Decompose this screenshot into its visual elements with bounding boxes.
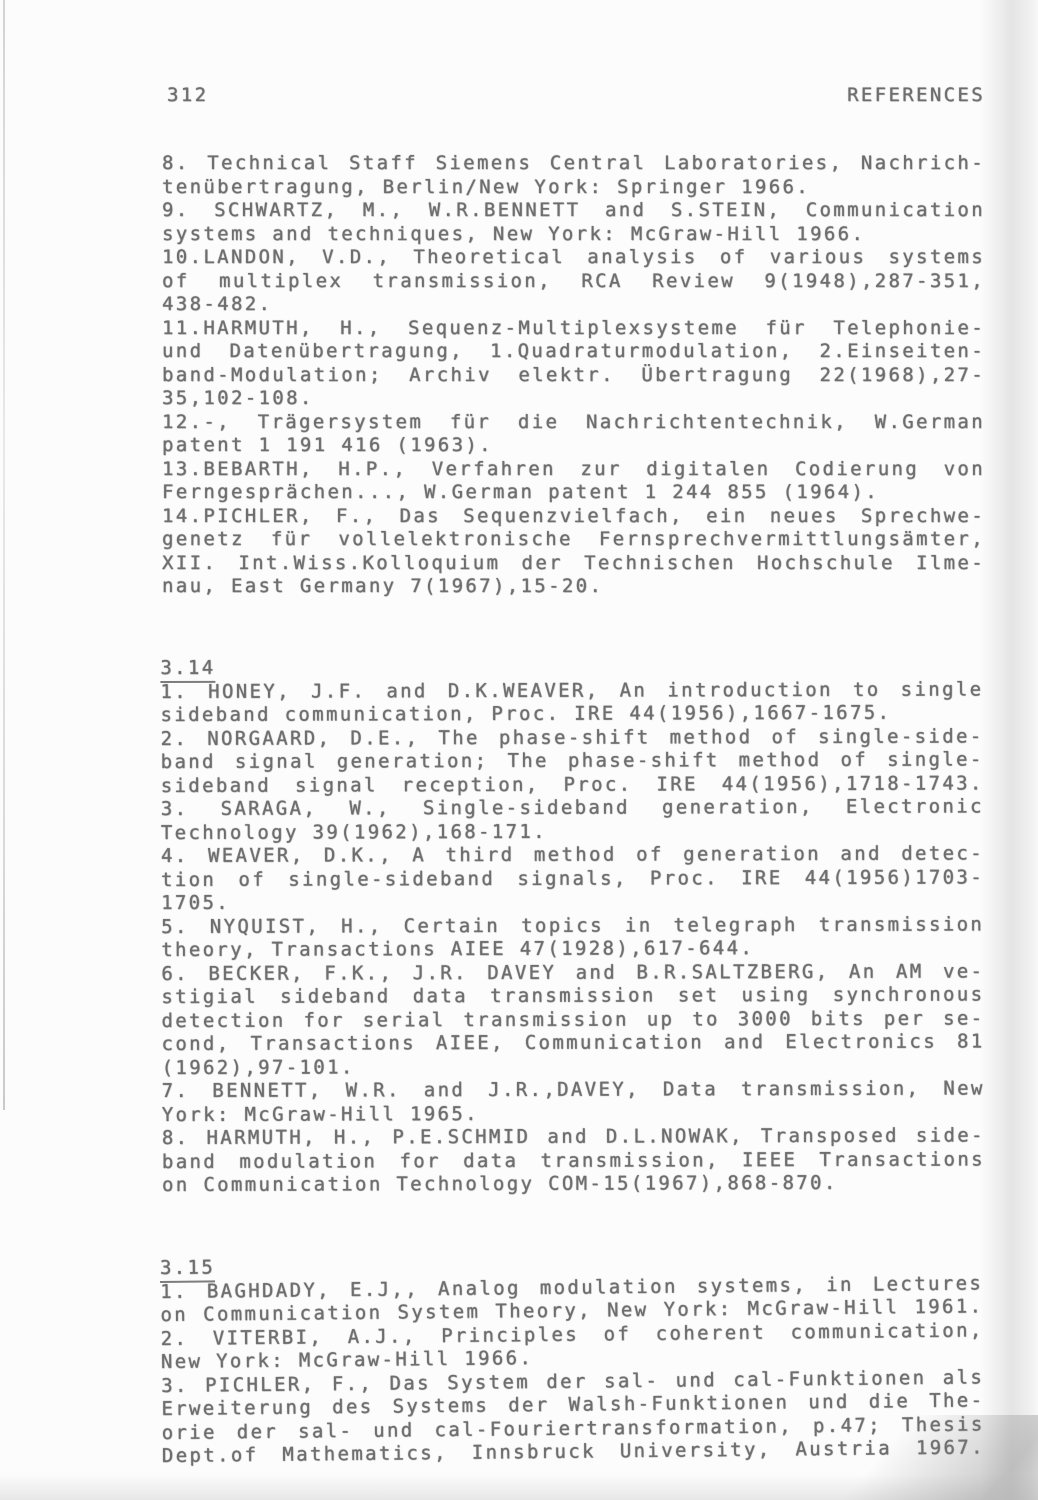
sections-container: 8. Technical Staff Siemens Central Labor… <box>162 152 985 1469</box>
reference-line: und Datenübertragung, 1.Quadraturmodulat… <box>162 340 985 364</box>
reference-line: 5. NYQUIST, H., Certain topics in telegr… <box>161 912 984 938</box>
running-title: REFERENCES <box>847 84 985 108</box>
reference-line: XII. Int.Wiss.Kolloquium der Technischen… <box>162 552 985 576</box>
reference-section: 8. Technical Staff Siemens Central Labor… <box>162 152 985 599</box>
reference-line: patent 1 191 416 (1963). <box>162 434 985 458</box>
reference-line: on Communication Technology COM-15(1967)… <box>162 1171 985 1197</box>
reference-line: systems and techniques, New York: McGraw… <box>162 223 985 247</box>
reference-line: of multiplex transmission, RCA Review 9(… <box>162 270 985 294</box>
reference-line: 9. SCHWARTZ, M., W.R.BENNETT and S.STEIN… <box>162 199 985 223</box>
section-heading: 3.15 <box>160 1256 215 1282</box>
reference-line: Ferngesprächen..., W.German patent 1 244… <box>162 481 985 505</box>
reference-line: 8. HARMUTH, H., P.E.SCHMID and D.L.NOWAK… <box>162 1124 985 1150</box>
reference-line: 3. SARAGA, W., Single-sideband generatio… <box>161 795 984 821</box>
reference-line: nau, East Germany 7(1967),15-20. <box>162 575 985 599</box>
reference-line: 1705. <box>161 889 984 915</box>
reference-section: 3.14 1. HONEY, J.F. and D.K.WEAVER, An i… <box>160 654 985 1197</box>
reference-line: sideband signal reception, Proc. IRE 44(… <box>161 771 984 797</box>
reference-line: 12.-, Trägersystem für die Nachrichtente… <box>162 411 985 435</box>
section-lines: 8. Technical Staff Siemens Central Labor… <box>162 152 985 599</box>
section-lines: 1. HONEY, J.F. and D.K.WEAVER, An introd… <box>160 677 985 1197</box>
reference-line: (1962),97-101. <box>162 1053 985 1079</box>
reference-line: 7. BENNETT, W.R. and J.R.,DAVEY, Data tr… <box>162 1077 985 1103</box>
references-content: 8. Technical Staff Siemens Central Labor… <box>162 152 985 1469</box>
page-corner-shadow <box>808 1415 1038 1500</box>
reference-line: 10.LANDON, V.D., Theoretical analysis of… <box>162 246 985 270</box>
reference-line: 8. Technical Staff Siemens Central Labor… <box>162 152 985 176</box>
reference-line: tenübertragung, Berlin/New York: Springe… <box>162 176 985 200</box>
reference-line: 1. HONEY, J.F. and D.K.WEAVER, An introd… <box>160 677 983 703</box>
reference-line: 4. WEAVER, D.K., A third method of gener… <box>161 842 984 868</box>
reference-line: band-Modulation; Archiv elektr. Übertrag… <box>162 364 985 388</box>
reference-line: detection for serial transmission up to … <box>161 1006 984 1032</box>
page-number: 312 <box>162 84 208 108</box>
page-header: 312 REFERENCES <box>162 84 985 108</box>
reference-line: band signal generation; The phase-shift … <box>161 748 984 774</box>
reference-line: stigial sideband data transmission set u… <box>161 983 984 1009</box>
reference-line: 13.BEBARTH, H.P., Verfahren zur digitale… <box>162 458 985 482</box>
reference-line: tion of single-sideband signals, Proc. I… <box>161 865 984 891</box>
reference-line: 11.HARMUTH, H., Sequenz-Multiplexsysteme… <box>162 317 985 341</box>
reference-line: 2. NORGAARD, D.E., The phase-shift metho… <box>161 724 984 750</box>
reference-line: genetz für vollelektronische Fernsprechv… <box>162 528 985 552</box>
reference-line: 6. BECKER, F.K., J.R. DAVEY and B.R.SALT… <box>161 959 984 985</box>
reference-line: Technology 39(1962),168-171. <box>161 818 984 844</box>
reference-line: cond, Transactions AIEE, Communication a… <box>161 1030 984 1056</box>
page-left-edge-artifact <box>3 0 5 1110</box>
reference-line: band modulation for data transmission, I… <box>162 1147 985 1173</box>
reference-line: York: McGraw-Hill 1965. <box>162 1100 985 1126</box>
reference-line: theory, Transactions AIEE 47(1928),617-6… <box>161 936 984 962</box>
reference-line: sideband communication, Proc. IRE 44(195… <box>160 701 983 727</box>
reference-line: 35,102-108. <box>162 387 985 411</box>
reference-line: 438-482. <box>162 293 985 317</box>
reference-line: 14.PICHLER, F., Das Sequenzvielfach, ein… <box>162 505 985 529</box>
section-heading: 3.14 <box>160 656 215 682</box>
page-right-shadow <box>980 0 1038 1500</box>
scanned-book-page: 312 REFERENCES 8. Technical Staff Siemen… <box>0 0 1038 1500</box>
